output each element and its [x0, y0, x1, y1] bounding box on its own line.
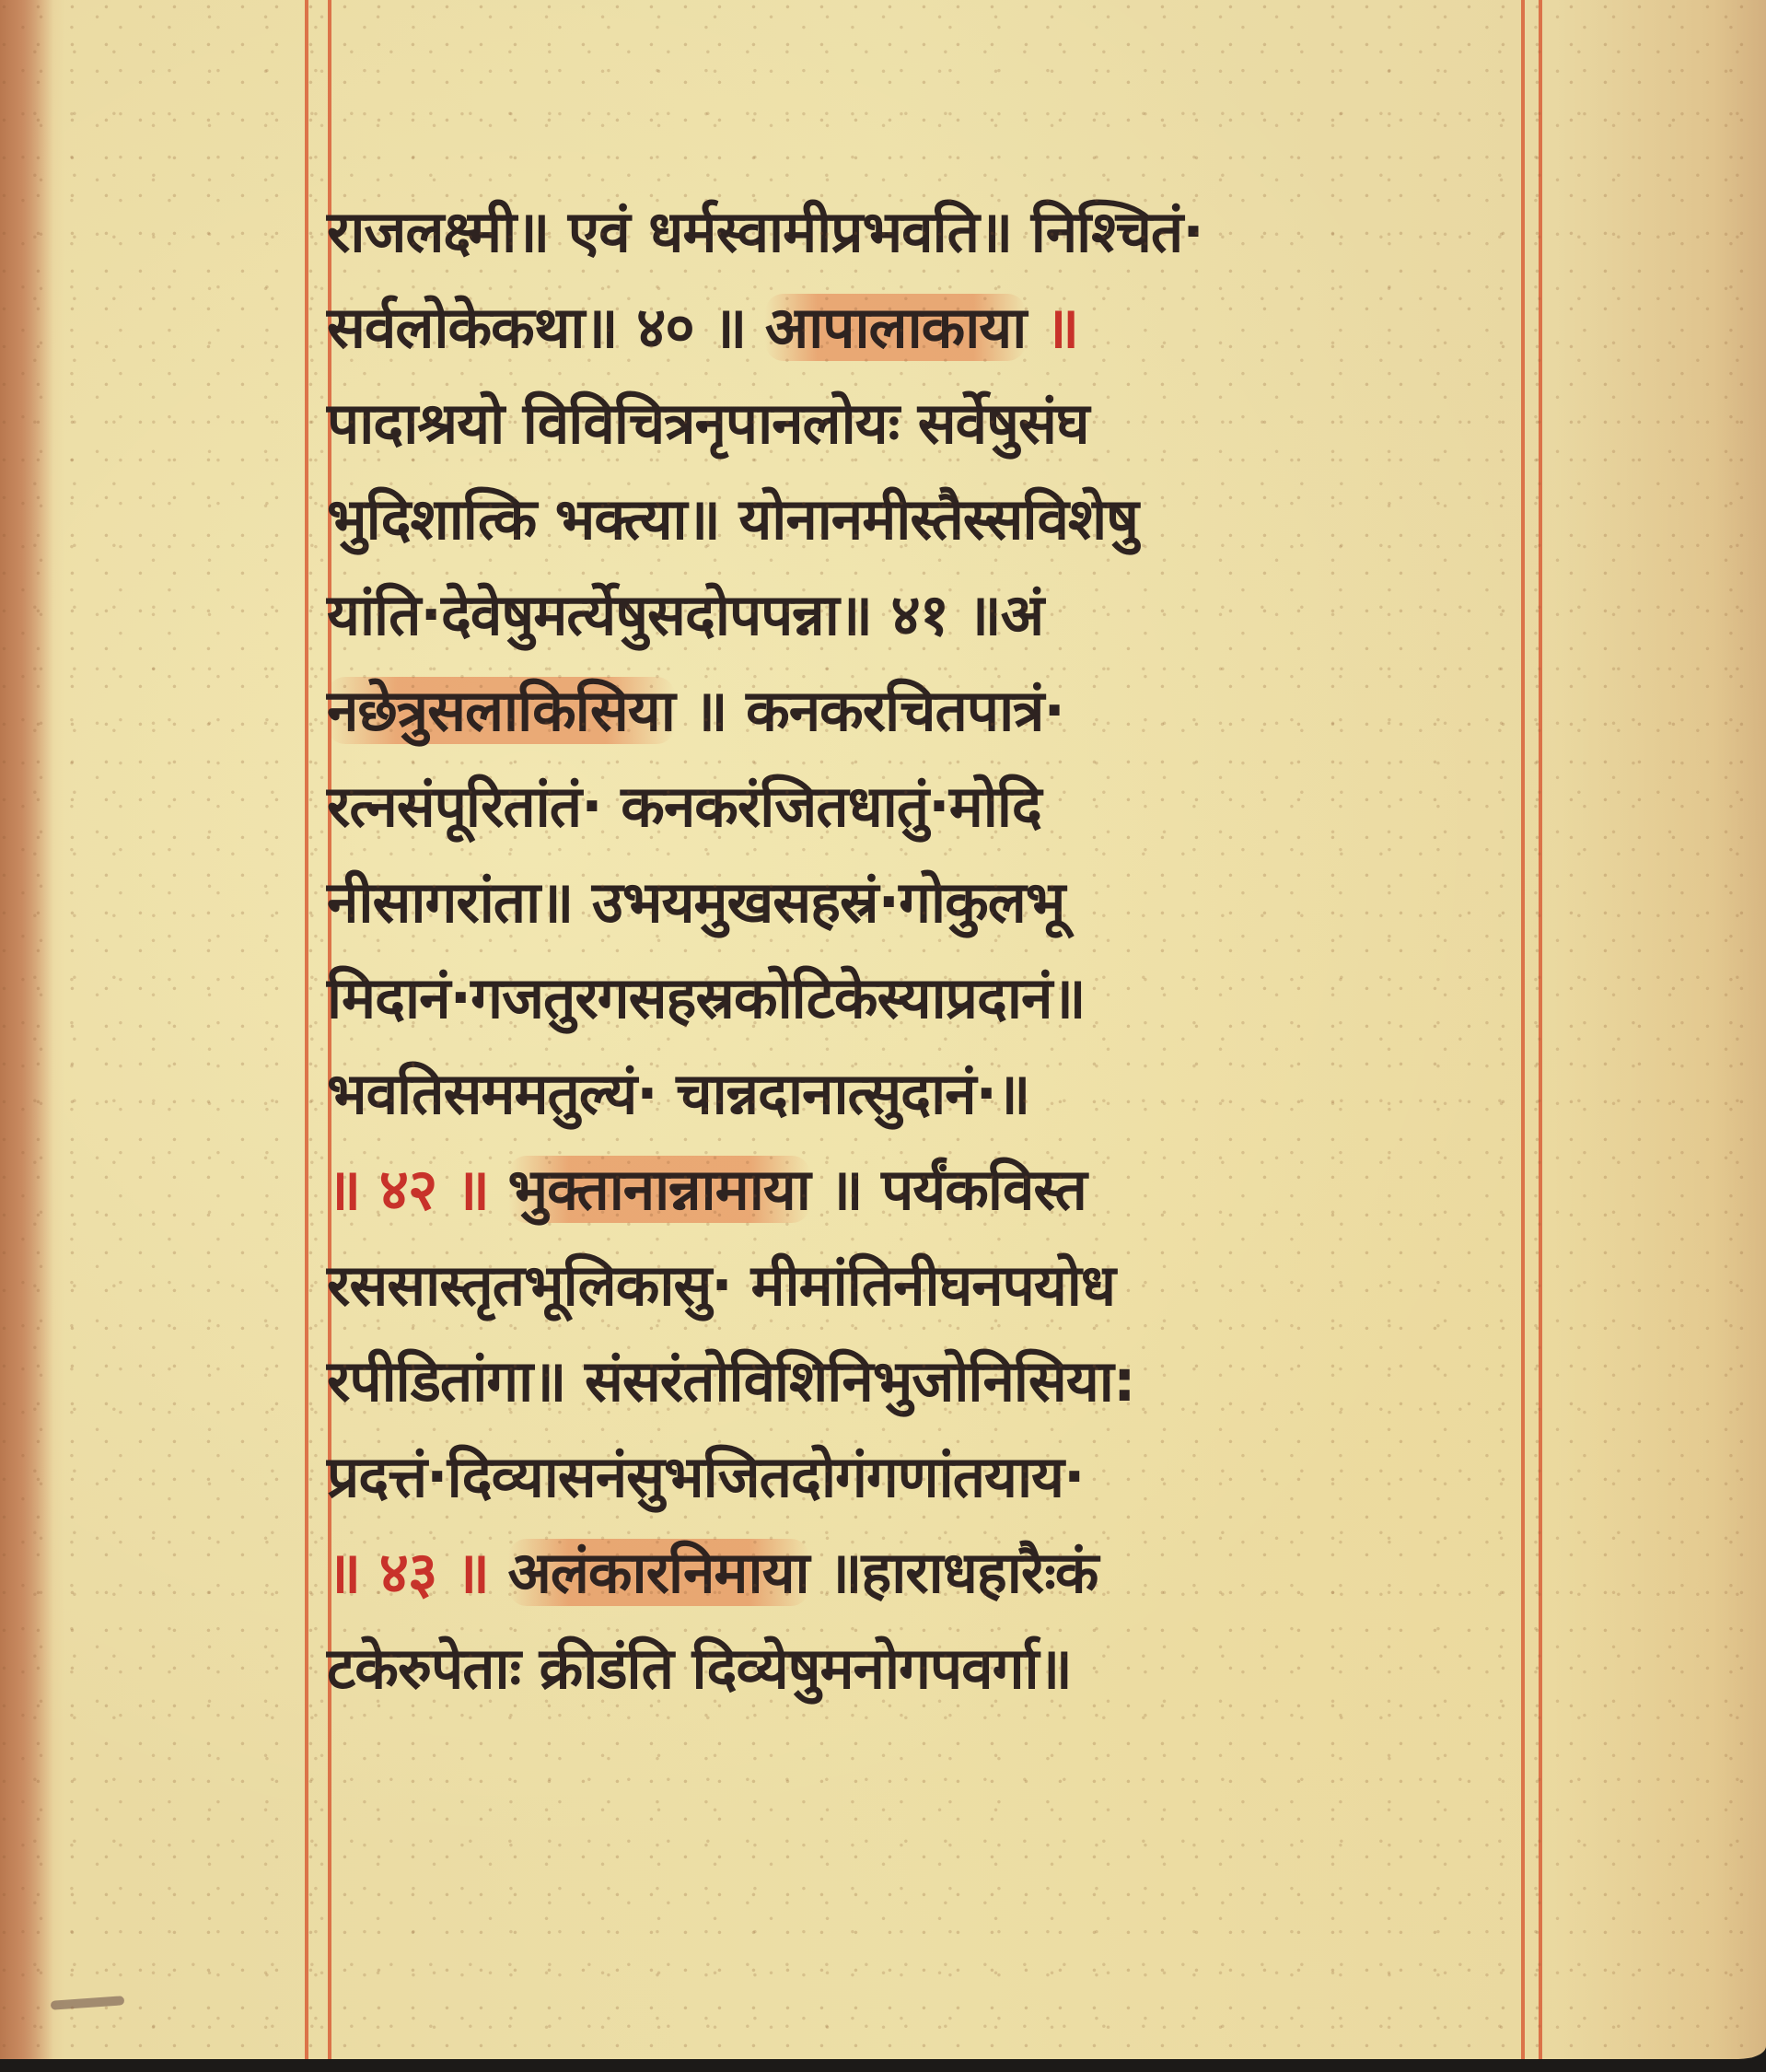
manuscript-page: राजलक्ष्मी॥ एवं धर्मस्वामीप्रभवति॥ निश्च…: [0, 0, 1766, 2059]
text-line-13: रपीडितांगा॥ संसरंतोविशिनिभुजोनिसिया:: [327, 1333, 1528, 1429]
ink-smudge: [51, 1996, 125, 2010]
line-text: भवतिसममतुल्यं· चान्नदानात्सुदानं·॥: [327, 1060, 1029, 1127]
rubric-heading: नछेत्रुसलाकिसिया: [327, 677, 675, 744]
text-line-15: ॥ ४३ ॥ अलंकारनिमाया ॥हाराधहारैःकं: [327, 1525, 1528, 1621]
line-text: रससास्तृतभूलिकासु· मीमांतिनीघनपयोध: [327, 1251, 1115, 1319]
line-text: राजलक्ष्मी॥ एवं धर्मस्वामीप्रभवति॥ निश्च…: [327, 198, 1203, 265]
text-line-11: ॥ ४२ ॥ भुक्तानान्नामाया ॥ पर्यंकविस्त: [327, 1142, 1528, 1238]
text-line-5: यांति·देवेषुमर्त्येषुसदोपपन्ना॥ ४१ ॥अं: [327, 567, 1528, 663]
text-line-4: भुदिशात्कि भक्त्या॥ योनानमीस्तैस्सविशेषु: [327, 471, 1528, 567]
line-text: सर्वलोकेकथा॥ ४० ॥: [327, 294, 746, 361]
line-text: टकेरुपेताः क्रीडंति दिव्येषुमनोगपवर्गा॥: [327, 1635, 1072, 1702]
text-line-6: नछेत्रुसलाकिसिया ॥ कनकरचितपात्रं·: [327, 663, 1528, 759]
line-text: रपीडितांगा॥ संसरंतोविशिनिभुजोनिसिया:: [327, 1347, 1135, 1414]
danda: ॥: [1045, 294, 1078, 361]
text-line-1: राजलक्ष्मी॥ एवं धर्मस्वामीप्रभवति॥ निश्च…: [327, 184, 1528, 280]
line-text: ॥ कनकरचितपात्रं·: [693, 677, 1064, 744]
line-text: भुदिशात्कि भक्त्या॥ योनानमीस्तैस्सविशेषु: [327, 485, 1138, 553]
right-rule-outer: [1539, 0, 1542, 2059]
line-text: प्रदत्तं·दिव्यासनंसुभजितदोगंगणांतयाय·: [327, 1443, 1085, 1510]
line-text: ॥ पर्यंकविस्त: [829, 1156, 1086, 1223]
text-line-16: टकेरुपेताः क्रीडंति दिव्येषुमनोगपवर्गा॥: [327, 1621, 1528, 1717]
text-line-2: सर्वलोकेकथा॥ ४० ॥ आपालाकाया ॥: [327, 280, 1528, 376]
rubric-heading: भुक्तानान्नामाया: [508, 1156, 810, 1223]
verse-number: ॥ ४३ ॥: [327, 1539, 489, 1606]
line-text: पादाश्रयो विविचित्रनृपानलोयः सर्वेषुसंघ: [327, 390, 1089, 457]
line-text: मिदानं·गजतुरगसहस्रकोटिकेस्याप्रदानं॥: [327, 964, 1086, 1031]
text-line-9: मिदानं·गजतुरगसहस्रकोटिकेस्याप्रदानं॥: [327, 950, 1528, 1046]
text-line-3: पादाश्रयो विविचित्रनृपानलोयः सर्वेषुसंघ: [327, 376, 1528, 471]
text-line-10: भवतिसममतुल्यं· चान्नदानात्सुदानं·॥: [327, 1046, 1528, 1142]
rubric-heading: अलंकारनिमाया: [508, 1539, 809, 1606]
line-text: ॥हाराधहारैःकं: [828, 1539, 1098, 1606]
verse-number: ॥ ४२ ॥: [327, 1156, 489, 1223]
rubric-heading: आपालाकाया: [765, 294, 1026, 361]
line-text: यांति·देवेषुमर्त्येषुसदोपपन्ना॥ ४१ ॥अं: [327, 581, 1043, 648]
text-line-7: रत्नसंपूरितांतं· कनकरंजितधातुं·मोदि: [327, 759, 1528, 855]
text-line-12: रससास्तृतभूलिकासु· मीमांतिनीघनपयोध: [327, 1238, 1528, 1333]
left-rule-outer: [305, 0, 308, 2059]
line-text: रत्नसंपूरितांतं· कनकरंजितधातुं·मोदि: [327, 773, 1041, 840]
line-text: नीसागरांता॥ उभयमुखसहस्रं·गोकुलभू: [327, 868, 1064, 936]
text-line-14: प्रदत्तं·दिव्यासनंसुभजितदोगंगणांतयाय·: [327, 1429, 1528, 1525]
text-line-8: नीसागरांता॥ उभयमुखसहस्रं·गोकुलभू: [327, 855, 1528, 950]
text-block: राजलक्ष्मी॥ एवं धर्मस्वामीप्रभवति॥ निश्च…: [327, 184, 1528, 1717]
binding-edge: [0, 0, 53, 2059]
